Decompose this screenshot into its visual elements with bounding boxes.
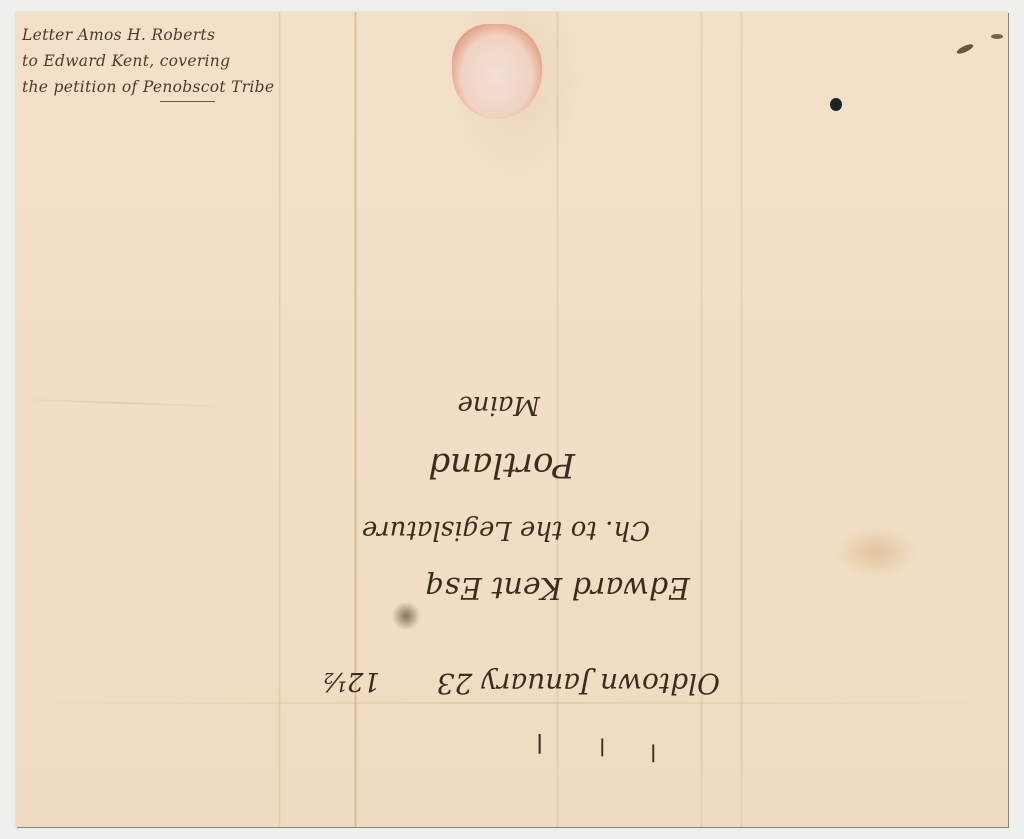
docket-line: the petition of Penobscot Tribe xyxy=(22,74,342,100)
docket-underline xyxy=(160,101,215,102)
crease xyxy=(16,398,228,407)
recipient-state: Maine xyxy=(457,390,540,420)
address-block: Oldtown January 23 12½ Edward Kent Esq C… xyxy=(270,350,750,710)
ink-blot xyxy=(830,98,842,111)
ink-mark: | xyxy=(650,742,657,763)
ink-mark xyxy=(956,42,975,55)
recipient-name: Edward Kent Esq xyxy=(425,570,690,605)
recipient-office: Ch. to the Legislature xyxy=(362,515,650,545)
docket-line: to Edward Kent, covering xyxy=(22,48,342,74)
postage-rate: 12½ xyxy=(322,666,380,696)
ink-mark xyxy=(991,34,1003,39)
ink-mark: | xyxy=(536,730,543,754)
wax-seal-remnant xyxy=(452,24,542,119)
ink-mark: | xyxy=(599,736,606,757)
docket-line: Letter Amos H. Roberts xyxy=(22,22,342,48)
recipient-city: Portland xyxy=(428,445,575,485)
docket-note: Letter Amos H. Roberts to Edward Kent, c… xyxy=(22,22,342,100)
postmark-text: Oldtown January 23 xyxy=(437,667,720,700)
